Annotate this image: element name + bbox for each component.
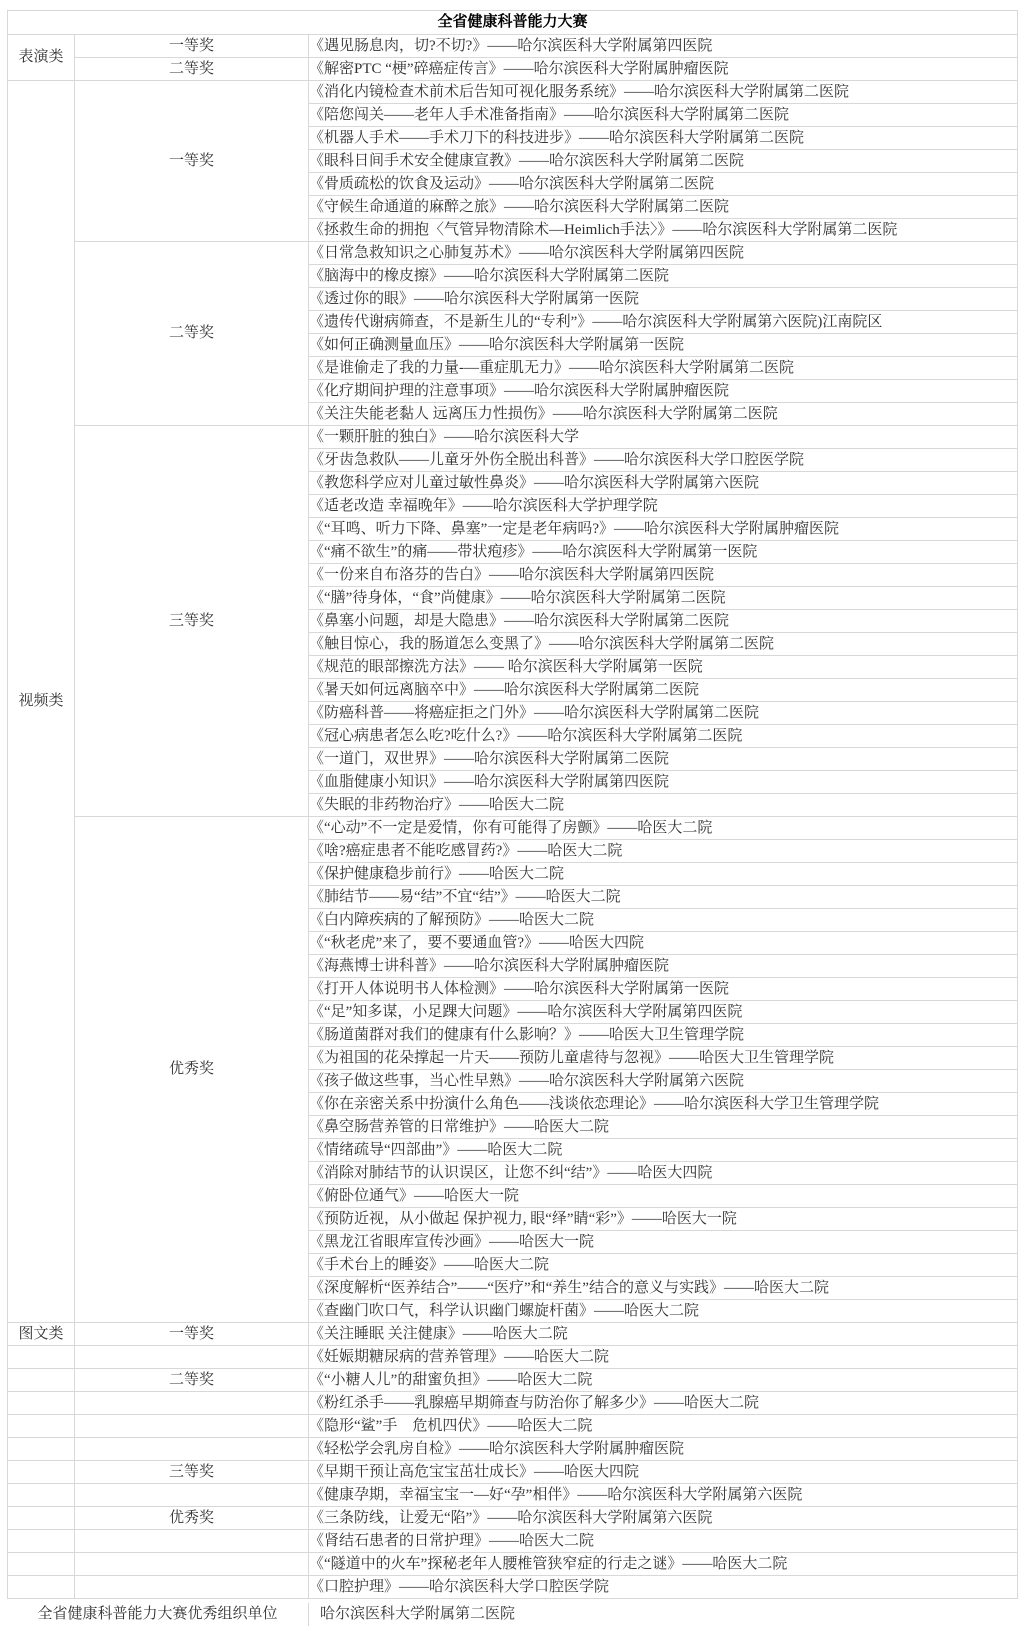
table-row: 优秀奖《“心动”不一定是爱情，你有可能得了房颤》——哈医大二院	[8, 817, 1018, 840]
award-cell	[75, 1415, 309, 1438]
award-cell	[75, 1553, 309, 1576]
entry-cell: 《打开人体说明书人体检测》——哈尔滨医科大学附属第一医院	[309, 978, 1018, 1001]
entry-cell: 《解密PTC “梗”碎癌症传言》——哈尔滨医科大学附属肿瘤医院	[309, 58, 1018, 81]
entry-cell: 《肠道菌群对我们的健康有什么影响？》——哈医大卫生管理学院	[309, 1024, 1018, 1047]
entry-cell: 《隐形“鲨”手 危机四伏》——哈医大二院	[309, 1415, 1018, 1438]
table-row: 《粉红杀手——乳腺癌早期筛查与防治你了解多少》——哈医大二院	[8, 1392, 1018, 1415]
awards-sheet: 全省健康科普能力大赛 表演类一等奖《遇见肠息肉，切?不切?》——哈尔滨医科大学附…	[7, 10, 1017, 1599]
award-cell: 二等奖	[75, 1369, 309, 1392]
award-cell	[75, 1576, 309, 1599]
table-row: 二等奖《“小糖人儿”的甜蜜负担》——哈医大二院	[8, 1369, 1018, 1392]
title-row: 全省健康科普能力大赛	[8, 11, 1018, 35]
table-row: 图文类一等奖《关注睡眠 关注健康》——哈医大二院	[8, 1323, 1018, 1346]
entry-cell: 《“心动”不一定是爱情，你有可能得了房颤》——哈医大二院	[309, 817, 1018, 840]
award-cell	[75, 1438, 309, 1461]
entry-cell: 《一颗肝脏的独白》——哈尔滨医科大学	[309, 426, 1018, 449]
entry-cell: 《脑海中的橡皮擦》——哈尔滨医科大学附属第二医院	[309, 265, 1018, 288]
category-cell: 视频类	[8, 81, 75, 1323]
entry-cell: 《手术台上的睡姿》——哈医大二院	[309, 1254, 1018, 1277]
award-cell: 一等奖	[75, 81, 309, 242]
entry-cell: 《骨质疏松的饮食及运动》——哈尔滨医科大学附属第二医院	[309, 173, 1018, 196]
award-cell	[75, 1530, 309, 1553]
entry-cell: 《冠心病患者怎么吃?吃什么?》——哈尔滨医科大学附属第二医院	[309, 725, 1018, 748]
entry-cell: 《关注睡眠 关注健康》——哈医大二院	[309, 1323, 1018, 1346]
category-cell	[8, 1507, 75, 1530]
table-row: 《轻松学会乳房自检》——哈尔滨医科大学附属肿瘤医院	[8, 1438, 1018, 1461]
category-cell	[8, 1553, 75, 1576]
table-row: 《口腔护理》——哈尔滨医科大学口腔医学院	[8, 1576, 1018, 1599]
entry-cell: 《规范的眼部擦洗方法》—— 哈尔滨医科大学附属第一医院	[309, 656, 1018, 679]
entry-cell: 《遗传代谢病筛查，不是新生儿的“专利”》——哈尔滨医科大学附属第六医院)江南院区	[309, 311, 1018, 334]
category-cell	[8, 1576, 75, 1599]
entry-cell: 《深度解析“医养结合”——“医疗”和“养生”结合的意义与实践》——哈医大二院	[309, 1277, 1018, 1300]
entry-cell: 《“痛不欲生”的痛——带状疱疹》——哈尔滨医科大学附属第一医院	[309, 541, 1018, 564]
category-cell	[8, 1415, 75, 1438]
award-cell: 优秀奖	[75, 1507, 309, 1530]
category-cell: 表演类	[8, 35, 75, 81]
table-row: 优秀奖《三条防线，让爱无“陷”》——哈尔滨医科大学附属第六医院	[8, 1507, 1018, 1530]
entry-cell: 《“隧道中的火车”探秘老年人腰椎管狭窄症的行走之谜》——哈医大二院	[309, 1553, 1018, 1576]
entry-cell: 《消化内镜检查术前术后告知可视化服务系统》——哈尔滨医科大学附属第二医院	[309, 81, 1018, 104]
entry-cell: 《化疗期间护理的注意事项》——哈尔滨医科大学附属肿瘤医院	[309, 380, 1018, 403]
entry-cell: 《鼻空肠营养管的日常维护》——哈医大二院	[309, 1116, 1018, 1139]
table-row: 表演类一等奖《遇见肠息肉，切?不切?》——哈尔滨医科大学附属第四医院	[8, 35, 1018, 58]
entry-cell: 《三条防线，让爱无“陷”》——哈尔滨医科大学附属第六医院	[309, 1507, 1018, 1530]
entry-cell: 《肾结石患者的日常护理》——哈医大二院	[309, 1530, 1018, 1553]
table-row: 二等奖《日常急救知识之心肺复苏术》——哈尔滨医科大学附属第四医院	[8, 242, 1018, 265]
footer-organizer-value: 哈尔滨医科大学附属第二医院	[308, 1603, 1017, 1626]
table-row: 《肾结石患者的日常护理》——哈医大二院	[8, 1530, 1018, 1553]
entry-cell: 《啥?癌症患者不能吃感冒药?》——哈医大二院	[309, 840, 1018, 863]
entry-cell: 《防癌科普——将癌症拒之门外》——哈尔滨医科大学附属第二医院	[309, 702, 1018, 725]
entry-cell: 《守候生命通道的麻醉之旅》——哈尔滨医科大学附属第二医院	[309, 196, 1018, 219]
category-cell	[8, 1484, 75, 1507]
entry-cell: 《保护健康稳步前行》——哈医大二院	[309, 863, 1018, 886]
footer-row: 全省健康科普能力大赛优秀组织单位 哈尔滨医科大学附属第二医院	[7, 1603, 1017, 1626]
category-cell: 图文类	[8, 1323, 75, 1346]
category-cell	[8, 1369, 75, 1392]
entry-cell: 《早期干预让高危宝宝茁壮成长》——哈医大四院	[309, 1461, 1018, 1484]
award-cell: 优秀奖	[75, 817, 309, 1323]
entry-cell: 《教您科学应对儿童过敏性鼻炎》——哈尔滨医科大学附属第六医院	[309, 472, 1018, 495]
entry-cell: 《拯救生命的拥抱〈气管异物清除术—Heimlich手法〉》——哈尔滨医科大学附属…	[309, 219, 1018, 242]
category-cell	[8, 1346, 75, 1369]
entry-cell: 《白内障疾病的了解预防》——哈医大二院	[309, 909, 1018, 932]
table-row: 《健康孕期，幸福宝宝一—好“孕”相伴》——哈尔滨医科大学附属第六医院	[8, 1484, 1018, 1507]
entry-cell: 《轻松学会乳房自检》——哈尔滨医科大学附属肿瘤医院	[309, 1438, 1018, 1461]
entry-cell: 《预防近视，从小做起 保护视力, 眼“绎”睛“彩”》——哈医大一院	[309, 1208, 1018, 1231]
awards-table: 全省健康科普能力大赛 表演类一等奖《遇见肠息肉，切?不切?》——哈尔滨医科大学附…	[7, 10, 1018, 1599]
entry-cell: 《一份来自布洛芬的告白》——哈尔滨医科大学附属第四医院	[309, 564, 1018, 587]
entry-cell: 《“耳鸣、听力下降、鼻塞”一定是老年病吗?》——哈尔滨医科大学附属肿瘤医院	[309, 518, 1018, 541]
page-title: 全省健康科普能力大赛	[8, 11, 1018, 35]
entry-cell: 《黑龙江省眼库宣传沙画》——哈医大一院	[309, 1231, 1018, 1254]
entry-cell: 《失眠的非药物治疗》——哈医大二院	[309, 794, 1018, 817]
entry-cell: 《“足”知多谋，小足踝大问题》——哈尔滨医科大学附属第四医院	[309, 1001, 1018, 1024]
entry-cell: 《鼻塞小问题，却是大隐患》——哈尔滨医科大学附属第二医院	[309, 610, 1018, 633]
entry-cell: 《肺结节——易“结”不宜“结”》——哈医大二院	[309, 886, 1018, 909]
entry-cell: 《机器人手术——手术刀下的科技进步》——哈尔滨医科大学附属第二医院	[309, 127, 1018, 150]
entry-cell: 《血脂健康小知识》——哈尔滨医科大学附属第四医院	[309, 771, 1018, 794]
award-cell	[75, 1346, 309, 1369]
table-row: 三等奖《一颗肝脏的独白》——哈尔滨医科大学	[8, 426, 1018, 449]
table-row: 《妊娠期糖尿病的营养管理》——哈医大二院	[8, 1346, 1018, 1369]
entry-cell: 《暑天如何远离脑卒中》——哈尔滨医科大学附属第二医院	[309, 679, 1018, 702]
award-cell: 一等奖	[75, 35, 309, 58]
award-cell: 三等奖	[75, 426, 309, 817]
category-cell	[8, 1530, 75, 1553]
entry-cell: 《俯卧位通气》——哈医大一院	[309, 1185, 1018, 1208]
entry-cell: 《“小糖人儿”的甜蜜负担》——哈医大二院	[309, 1369, 1018, 1392]
entry-cell: 《一道门，双世界》——哈尔滨医科大学附属第二医院	[309, 748, 1018, 771]
category-cell	[8, 1461, 75, 1484]
entry-cell: 《海燕博士讲科普》——哈尔滨医科大学附属肿瘤医院	[309, 955, 1018, 978]
entry-cell: 《适老改造 幸福晚年》——哈尔滨医科大学护理学院	[309, 495, 1018, 518]
award-cell	[75, 1392, 309, 1415]
entry-cell: 《妊娠期糖尿病的营养管理》——哈医大二院	[309, 1346, 1018, 1369]
award-cell: 二等奖	[75, 242, 309, 426]
entry-cell: 《日常急救知识之心肺复苏术》——哈尔滨医科大学附属第四医院	[309, 242, 1018, 265]
table-row: 三等奖《早期干预让高危宝宝茁壮成长》——哈医大四院	[8, 1461, 1018, 1484]
entry-cell: 《如何正确测量血压》——哈尔滨医科大学附属第一医院	[309, 334, 1018, 357]
entry-cell: 《消除对肺结节的认识误区，让您不纠“结”》——哈医大四院	[309, 1162, 1018, 1185]
entry-cell: 《情绪疏导“四部曲”》——哈医大二院	[309, 1139, 1018, 1162]
category-cell	[8, 1438, 75, 1461]
award-cell: 二等奖	[75, 58, 309, 81]
entry-cell: 《“秋老虎”来了，要不要通血管?》——哈医大四院	[309, 932, 1018, 955]
entry-cell: 《为祖国的花朵撑起一片天——预防儿童虐待与忽视》——哈医大卫生管理学院	[309, 1047, 1018, 1070]
entry-cell: 《牙齿急救队——儿童牙外伤全脱出科普》——哈尔滨医科大学口腔医学院	[309, 449, 1018, 472]
entry-cell: 《你在亲密关系中扮演什么角色——浅谈依恋理论》——哈尔滨医科大学卫生管理学院	[309, 1093, 1018, 1116]
footer-organizer-label: 全省健康科普能力大赛优秀组织单位	[7, 1603, 308, 1626]
entry-cell: 《遇见肠息肉，切?不切?》——哈尔滨医科大学附属第四医院	[309, 35, 1018, 58]
entry-cell: 《透过你的眼》——哈尔滨医科大学附属第一医院	[309, 288, 1018, 311]
entry-cell: 《口腔护理》——哈尔滨医科大学口腔医学院	[309, 1576, 1018, 1599]
entry-cell: 《是谁偷走了我的力量-—重症肌无力》——哈尔滨医科大学附属第二医院	[309, 357, 1018, 380]
category-cell	[8, 1392, 75, 1415]
entry-cell: 《查幽门吹口气，科学认识幽门螺旋杆菌》——哈医大二院	[309, 1300, 1018, 1323]
entry-cell: 《关注失能老黏人 远离压力性损伤》——哈尔滨医科大学附属第二医院	[309, 403, 1018, 426]
table-row: 视频类一等奖《消化内镜检查术前术后告知可视化服务系统》——哈尔滨医科大学附属第二…	[8, 81, 1018, 104]
entry-cell: 《触目惊心，我的肠道怎么变黑了》——哈尔滨医科大学附属第二医院	[309, 633, 1018, 656]
table-row: 二等奖《解密PTC “梗”碎癌症传言》——哈尔滨医科大学附属肿瘤医院	[8, 58, 1018, 81]
table-row: 《“隧道中的火车”探秘老年人腰椎管狭窄症的行走之谜》——哈医大二院	[8, 1553, 1018, 1576]
awards-table-body: 表演类一等奖《遇见肠息肉，切?不切?》——哈尔滨医科大学附属第四医院二等奖《解密…	[8, 35, 1018, 1599]
entry-cell: 《眼科日间手术安全健康宣教》——哈尔滨医科大学附属第二医院	[309, 150, 1018, 173]
entry-cell: 《孩子做这些事，当心性早熟》——哈尔滨医科大学附属第六医院	[309, 1070, 1018, 1093]
table-row: 《隐形“鲨”手 危机四伏》——哈医大二院	[8, 1415, 1018, 1438]
award-cell: 三等奖	[75, 1461, 309, 1484]
entry-cell: 《健康孕期，幸福宝宝一—好“孕”相伴》——哈尔滨医科大学附属第六医院	[309, 1484, 1018, 1507]
entry-cell: 《“膳”待身体，“食”尚健康》——哈尔滨医科大学附属第二医院	[309, 587, 1018, 610]
award-cell: 一等奖	[75, 1323, 309, 1346]
award-cell	[75, 1484, 309, 1507]
entry-cell: 《粉红杀手——乳腺癌早期筛查与防治你了解多少》——哈医大二院	[309, 1392, 1018, 1415]
entry-cell: 《陪您闯关——老年人手术准备指南》——哈尔滨医科大学附属第二医院	[309, 104, 1018, 127]
